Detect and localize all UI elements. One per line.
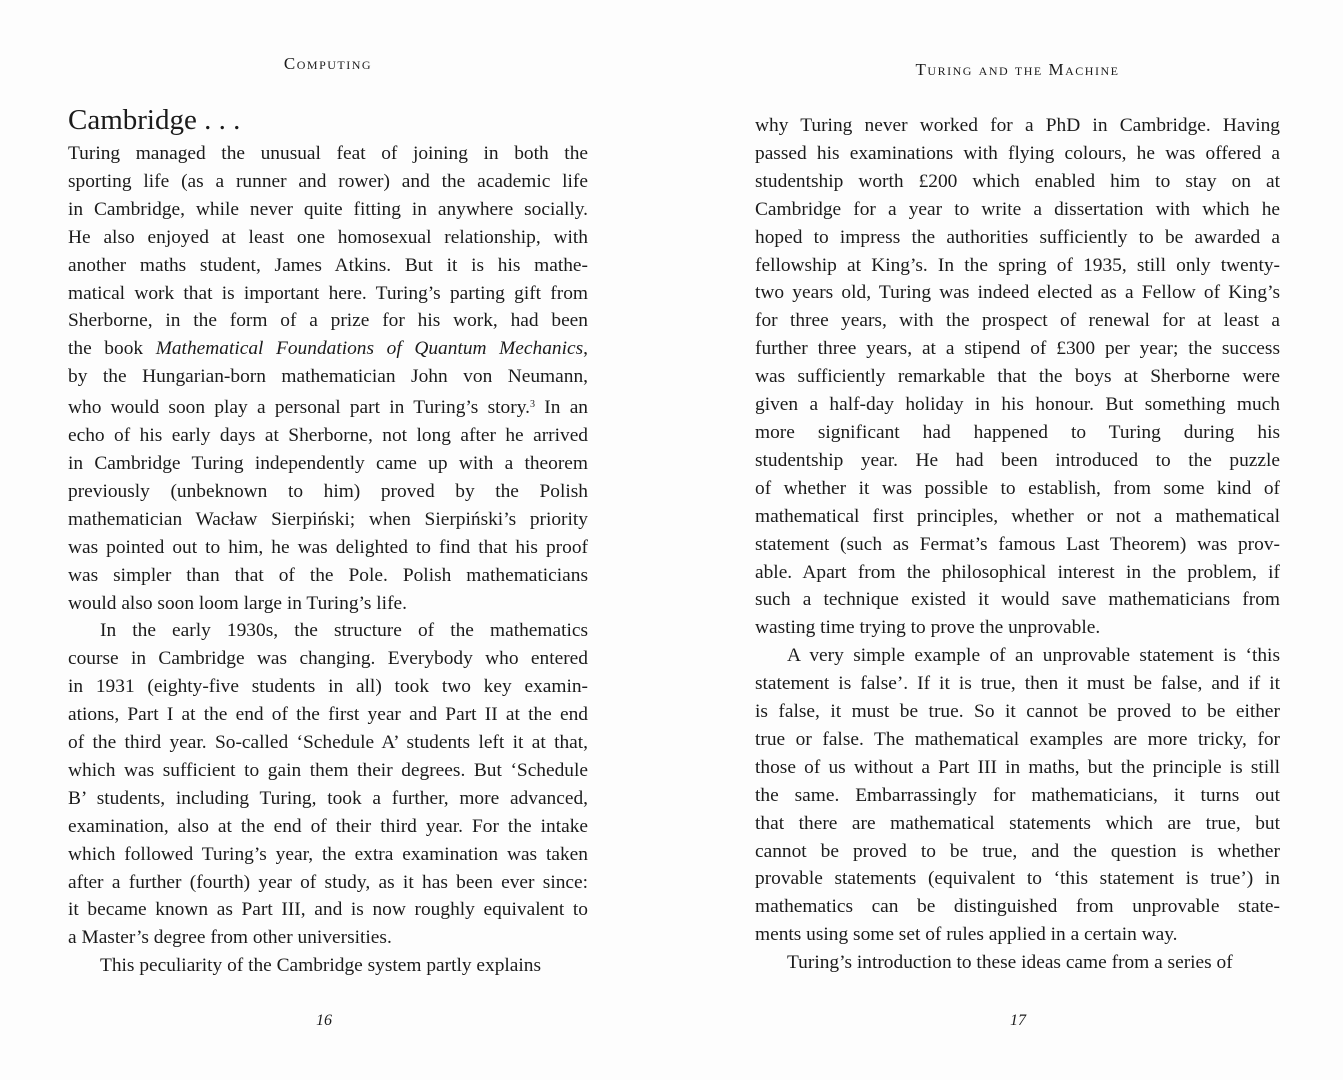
text-line: studentship worth £200 which enabled him… <box>755 168 1280 196</box>
book-title: Mathematical Foundations of Quantum Mech… <box>156 338 583 359</box>
text-line: was pointed out to him, he was delighted… <box>68 534 588 562</box>
paragraph: Turing managed the unusual feat of joini… <box>68 140 588 617</box>
text-line: echo of his early days at Sherborne, not… <box>68 422 588 450</box>
text-line: it became known as Part III, and is now … <box>68 896 588 924</box>
text-line: Turing’s introduction to these ideas cam… <box>755 949 1280 977</box>
text-line: ations, Part I at the end of the first y… <box>68 701 588 729</box>
text-line: mathematician Wacław Sierpiński; when Si… <box>68 506 588 534</box>
text-line: is false, it must be true. So it cannot … <box>755 698 1280 726</box>
running-header: Turing and the Machine <box>755 60 1280 80</box>
text-line: in 1931 (eighty-five students in all) to… <box>68 673 588 701</box>
text-line: statement is false’. If it is true, then… <box>755 670 1280 698</box>
page-number: 17 <box>1010 1012 1026 1030</box>
text-line: was sufficiently remarkable that the boy… <box>755 363 1280 391</box>
text-line: provable statements (equivalent to ‘this… <box>755 865 1280 893</box>
text-line: sporting life (as a runner and rower) an… <box>68 168 588 196</box>
text-line: would also soon loom large in Turing’s l… <box>68 590 588 618</box>
text-line: Sherborne, in the form of a prize for hi… <box>68 307 588 335</box>
text-line: that there are mathematical statements w… <box>755 810 1280 838</box>
text-line: of the third year. So-called ‘Schedule A… <box>68 729 588 757</box>
text-line: another maths student, James Atkins. But… <box>68 252 588 280</box>
text-line: statement (such as Fermat’s famous Last … <box>755 531 1280 559</box>
text-line: A very simple example of an unprovable s… <box>755 642 1280 670</box>
left-page: Computing Cambridge . . . Turing managed… <box>68 0 588 1080</box>
text-line: previously (unbeknown to him) proved by … <box>68 478 588 506</box>
text-line: why Turing never worked for a PhD in Cam… <box>755 112 1280 140</box>
text-line: passed his examinations with flying colo… <box>755 140 1280 168</box>
text-line: hoped to impress the authorities suffici… <box>755 224 1280 252</box>
text-line: which was sufficient to gain them their … <box>68 757 588 785</box>
text-line: which followed Turing’s year, the extra … <box>68 841 588 869</box>
text-line: the same. Embarrassingly for mathematici… <box>755 782 1280 810</box>
paragraph: This peculiarity of the Cambridge system… <box>68 952 588 980</box>
text-line: after a further (fourth) year of study, … <box>68 869 588 897</box>
paragraph: In the early 1930s, the structure of the… <box>68 617 588 952</box>
text-line: further three years, at a stipend of £30… <box>755 335 1280 363</box>
paragraph: Turing’s introduction to these ideas cam… <box>755 949 1280 977</box>
right-page: Turing and the Machine why Turing never … <box>755 0 1280 1080</box>
paragraph: A very simple example of an unprovable s… <box>755 642 1280 949</box>
text-line: In the early 1930s, the structure of the… <box>68 617 588 645</box>
text-line: in Cambridge, while never quite fitting … <box>68 196 588 224</box>
footnote-marker[interactable]: 3 <box>530 399 535 410</box>
body-text: why Turing never worked for a PhD in Cam… <box>755 112 1280 977</box>
text-line: true or false. The mathematical examples… <box>755 726 1280 754</box>
running-header: Computing <box>68 54 588 74</box>
text-line: Cambridge for a year to write a disserta… <box>755 196 1280 224</box>
text-line: was simpler than that of the Pole. Polis… <box>68 562 588 590</box>
page-number: 16 <box>316 1012 332 1030</box>
text-line: studentship year. He had been introduced… <box>755 447 1280 475</box>
text-line: more significant had happened to Turing … <box>755 419 1280 447</box>
text-line: given a half-day holiday in his honour. … <box>755 391 1280 419</box>
section-heading: Cambridge . . . <box>68 104 240 137</box>
text-line: B’ students, including Turing, took a fu… <box>68 785 588 813</box>
text-line: in Cambridge Turing independently came u… <box>68 450 588 478</box>
text-line: by the Hungarian-born mathematician John… <box>68 363 588 391</box>
text-line: fellowship at King’s. In the spring of 1… <box>755 252 1280 280</box>
text-line: mathematics can be distinguished from un… <box>755 893 1280 921</box>
text-line: ments using some set of rules applied in… <box>755 921 1280 949</box>
text-line: the book Mathematical Foundations of Qua… <box>68 335 588 363</box>
text-line: for three years, with the prospect of re… <box>755 307 1280 335</box>
text-line: two years old, Turing was indeed elected… <box>755 279 1280 307</box>
text-line: examination, also at the end of their th… <box>68 813 588 841</box>
text-line: He also enjoyed at least one homosexual … <box>68 224 588 252</box>
text-line: course in Cambridge was changing. Everyb… <box>68 645 588 673</box>
body-text: Turing managed the unusual feat of joini… <box>68 140 588 980</box>
text-line: cannot be proved to be true, and the que… <box>755 838 1280 866</box>
text-line: mathematical first principles, whether o… <box>755 503 1280 531</box>
text-line: who would soon play a personal part in T… <box>68 391 588 422</box>
text-line: Turing managed the unusual feat of joini… <box>68 140 588 168</box>
text-line: a Master’s degree from other universitie… <box>68 924 588 952</box>
text-line: such a technique existed it would save m… <box>755 586 1280 614</box>
paragraph: why Turing never worked for a PhD in Cam… <box>755 112 1280 642</box>
text-line: of whether it was possible to establish,… <box>755 475 1280 503</box>
text-line: matical work that is important here. Tur… <box>68 280 588 308</box>
text-line: This peculiarity of the Cambridge system… <box>68 952 588 980</box>
text-line: those of us without a Part III in maths,… <box>755 754 1280 782</box>
text-line: wasting time trying to prove the unprova… <box>755 614 1280 642</box>
text-line: able. Apart from the philosophical inter… <box>755 559 1280 587</box>
